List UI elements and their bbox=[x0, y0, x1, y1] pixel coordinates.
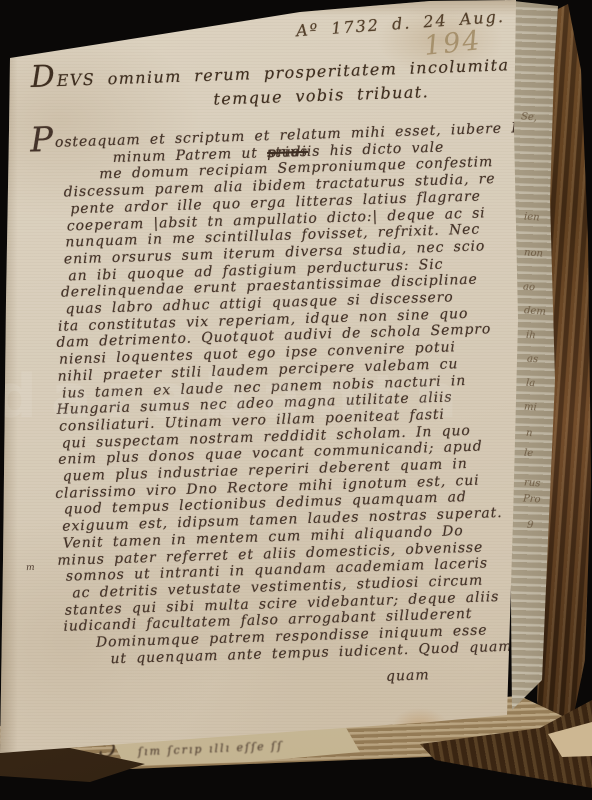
struck-word: prius bbox=[267, 144, 308, 162]
body-text: Posteaquam et scriptum et relatum mihi e… bbox=[16, 120, 533, 670]
interlinear-insert-mark: m bbox=[26, 563, 35, 573]
drop-cap: P bbox=[30, 120, 55, 161]
manuscript-photo: ſım ſcrıp ıllı eſſe ſſ Ɔ Se,iennonaodemi… bbox=[0, 0, 592, 800]
heading-invocation: DEVS omnium rerum prosperitatem incolumi… bbox=[30, 43, 512, 115]
manuscript-page: Aº 1732 d. 24 Aug. 194 DEVS omnium rerum… bbox=[0, 0, 592, 800]
catchword: quam bbox=[386, 667, 430, 685]
